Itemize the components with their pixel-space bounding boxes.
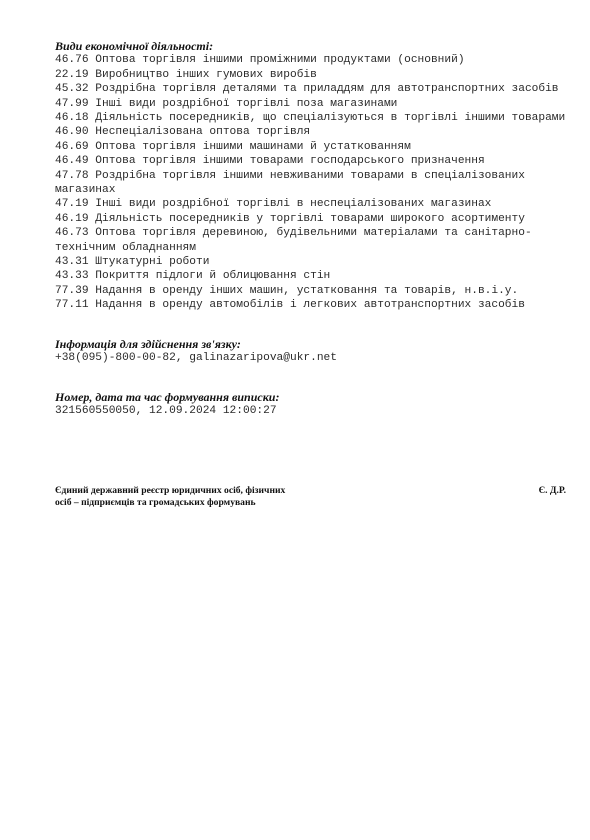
activity-item: 46.90 Неспеціалізована оптова торгівля [55,125,570,139]
activity-item: 45.32 Роздрібна торгівля деталями та при… [55,82,570,96]
activity-item: 77.39 Надання в оренду інших машин, уста… [55,284,570,298]
activity-item: 43.33 Покриття підлоги й облицювання сті… [55,269,570,283]
activities-heading: Види економічної діяльності: [55,39,570,53]
extract-value: 321560550050, 12.09.2024 12:00:27 [55,404,570,418]
activity-item: 43.31 Штукатурні роботи [55,255,570,269]
extract-heading: Номер, дата та час формування виписки: [55,390,570,404]
registry-abbreviation: Є. Д.Р. [539,485,566,497]
activity-item: 46.73 Оптова торгівля деревиною, будівел… [55,226,570,255]
contact-value: +38(095)-800-00-82, galinazaripova@ukr.n… [55,351,570,365]
activity-item: 46.49 Оптова торгівля іншими товарами го… [55,154,570,168]
document-page: Види економічної діяльності: 46.76 Оптов… [55,39,570,418]
activity-item: 47.99 Інші види роздрібної торгівлі поза… [55,97,570,111]
activity-item: 22.19 Виробництво інших гумових виробів [55,68,570,82]
registry-line-1: Єдиний державний реєстр юридичних осіб, … [55,485,355,497]
registry-name: Єдиний державний реєстр юридичних осіб, … [55,485,355,510]
activity-item: 77.11 Надання в оренду автомобілів і лег… [55,298,570,312]
activity-item: 47.19 Інші види роздрібної торгівлі в не… [55,197,570,211]
activity-item: 46.69 Оптова торгівля іншими машинами й … [55,140,570,154]
activity-item: 46.19 Діяльність посередників у торгівлі… [55,212,570,226]
contact-heading: Інформація для здійснення зв'язку: [55,337,570,351]
activities-list: 46.76 Оптова торгівля іншими проміжними … [55,53,570,312]
registry-line-2: осіб – підприємців та громадських формув… [55,497,355,509]
activity-item: 46.76 Оптова торгівля іншими проміжними … [55,53,570,67]
activity-item: 46.18 Діяльність посередників, що спеціа… [55,111,570,125]
activity-item: 47.78 Роздрібна торгівля іншими невживан… [55,169,570,198]
